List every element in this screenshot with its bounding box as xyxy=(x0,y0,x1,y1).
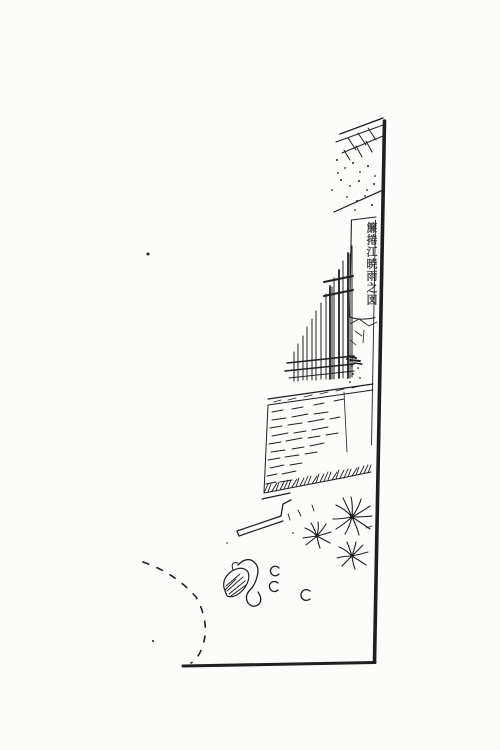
caption-text: 簾捲江暁雨之図 xyxy=(352,222,378,318)
ring-2 xyxy=(269,582,278,592)
veranda-step xyxy=(237,472,371,536)
ring-1 xyxy=(270,566,279,576)
eaves-hatching xyxy=(331,118,383,212)
ink-specks xyxy=(147,253,294,643)
bush-small-lower xyxy=(337,542,368,569)
ring-3 xyxy=(301,590,310,601)
scanned-book-page: 簾捲江暁雨之図 xyxy=(0,0,500,750)
bush-large xyxy=(333,497,372,535)
vine-sprig xyxy=(224,560,310,607)
illustration-svg xyxy=(0,0,500,750)
bamboo-fence xyxy=(285,246,354,381)
dashed-arc xyxy=(143,562,205,663)
bush-small-left xyxy=(303,522,331,548)
